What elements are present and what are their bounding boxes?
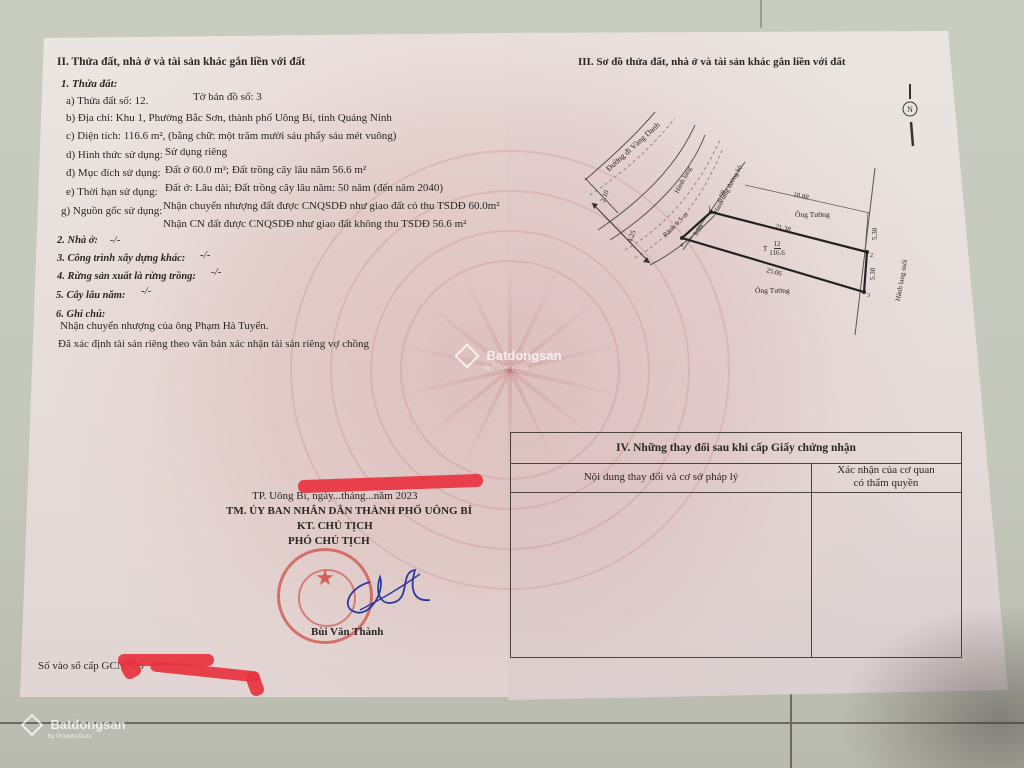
term-label: e) Thời hạn sử dụng: (66, 186, 158, 199)
other-construction-label: 3. Công trình xây dựng khác: (57, 252, 185, 265)
vertex-2: 2 (870, 250, 873, 263)
changes-table: IV. Những thay đổi sau khi cấp Giấy chứn… (510, 432, 962, 658)
perennial-label: 5. Cây lâu năm: (56, 289, 125, 302)
parcel-number: a) Thửa đất số: 12. (66, 95, 148, 108)
perennial-value: -/- (141, 285, 151, 298)
origin-label: g) Nguồn gốc sử dụng: (61, 205, 162, 218)
purpose-value: Đất ở 60.0 m²; Đất trồng cây lâu năm 56.… (165, 164, 366, 177)
dim-east-upper: 5.30 (869, 228, 882, 240)
section-iii-title: III. Sơ đồ thửa đất, nhà ở và tài sản kh… (578, 56, 846, 69)
note-1: Nhận chuyển nhượng của ông Phạm Hà Tuyển… (60, 320, 269, 333)
origin-value-2: Nhận CN đất được CNQSDĐ như giao đất khô… (163, 218, 466, 231)
column-divider (811, 463, 812, 657)
vertex-1: 1 (708, 203, 711, 216)
batdongsan-logo-icon (454, 343, 479, 368)
term-value: Đất ở: Lâu dài; Đất trồng cây lâu năm: 5… (165, 182, 443, 195)
parcel-diagram (580, 100, 910, 340)
vertex-3: 3 (867, 290, 870, 303)
neighbor-south: Ông Tường (755, 284, 790, 297)
parcel-label-area: 116.6 (769, 249, 785, 257)
column-header-confirmation: Xác nhận của cơ quan có thẩm quyền (811, 464, 961, 490)
house-label: 2. Nhà ở: (57, 234, 98, 247)
changes-table-title: IV. Những thay đổi sau khi cấp Giấy chứn… (511, 433, 961, 464)
origin-value-1: Nhận chuyển nhượng đất được CNQSDĐ như g… (163, 200, 500, 213)
usage-form-value: Sử dụng riêng (165, 146, 227, 159)
on-behalf-title: KT. CHỦ TỊCH (297, 520, 373, 533)
column-header-content: Nội dung thay đổi và cơ sở pháp lý (511, 471, 811, 483)
batdongsan-watermark-center: Batdongsan by PropertyGuru (458, 347, 562, 371)
other-construction-value: -/- (200, 249, 210, 262)
parcel-heading: 1. Thửa đất: (61, 78, 117, 91)
parcel-label: T 12 116.6 (763, 240, 785, 257)
changes-table-header: Nội dung thay đổi và cơ sở pháp lý Xác n… (511, 463, 961, 493)
dim-east: 5.30 (867, 268, 880, 280)
parcel-address: b) Địa chỉ: Khu 1, Phường Bắc Sơn, thành… (66, 112, 392, 125)
forest-label: 4. Rừng sản xuất là rừng trồng: (57, 270, 196, 283)
purpose-label: đ) Mục đích sử dụng: (66, 167, 161, 180)
vertex-4: 4 (680, 240, 683, 253)
signer-name: Bùi Văn Thành (311, 626, 383, 639)
neighbor-north: Ông Tường (795, 208, 830, 221)
batdongsan-watermark-corner: Batdongsan by PropertyGuru (24, 716, 126, 740)
parcel-area: c) Diện tích: 116.6 m², (bằng chữ: một t… (66, 130, 396, 143)
map-sheet-number: Tờ bản đồ số: 3 (193, 91, 262, 104)
usage-form-label: d) Hình thức sử dụng: (66, 149, 163, 162)
authority-name: TM. ỦY BAN NHÂN DÂN THÀNH PHỐ UÔNG BÍ (226, 505, 472, 518)
house-value: -/- (110, 234, 120, 247)
note-2: Đã xác định tài sản riêng theo văn bản x… (58, 338, 369, 351)
batdongsan-logo-icon (21, 713, 44, 736)
section-ii-title: II. Thửa đất, nhà ở và tài sản khác gắn … (57, 56, 305, 69)
certificate-document: II. Thửa đất, nhà ở và tài sản khác gắn … (0, 0, 1024, 768)
forest-value: -/- (211, 266, 221, 279)
parcel-label-number: 12 (774, 240, 781, 249)
signature-scribble (340, 562, 440, 622)
position-title: PHÓ CHỦ TỊCH (288, 535, 370, 548)
